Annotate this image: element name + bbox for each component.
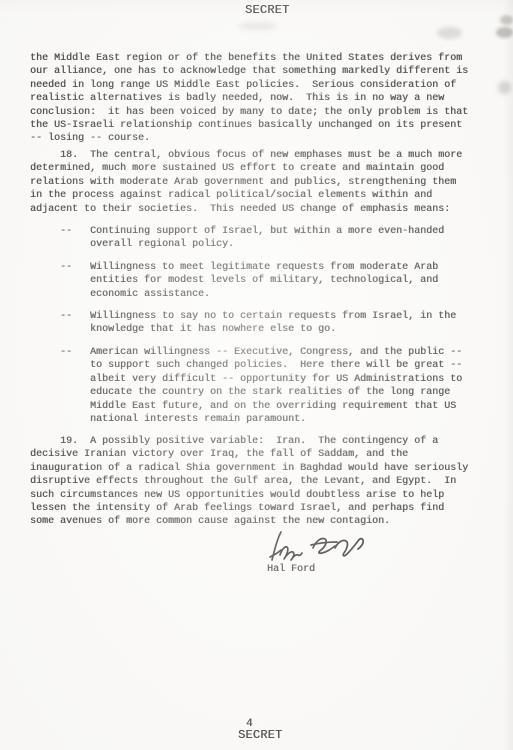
- scan-smudge: [239, 22, 277, 30]
- continuation-paragraph: the Middle East region or of the benefit…: [30, 52, 468, 146]
- handwritten-signature-icon: [258, 526, 370, 564]
- bullet-item-willingness-to-say-no: -- Willingness to say no to certain requ…: [30, 310, 456, 337]
- scan-smudge: [437, 27, 462, 39]
- paragraph-18: 18. The central, obvious focus of new em…: [30, 149, 462, 216]
- scan-smudge: [498, 81, 511, 94]
- scan-smudge: [496, 27, 513, 38]
- classification-header: SECRET: [245, 4, 289, 17]
- scanned-document-page: SECRET the Middle East region or of the …: [0, 0, 513, 750]
- signature-typed-name: Hal Ford: [267, 563, 315, 576]
- classification-footer: SECRET: [238, 729, 282, 742]
- bullet-item-american-willingness: -- American willingness -- Executive, Co…: [30, 346, 462, 426]
- paragraph-19: 19. A possibly positive variable: Iran. …: [30, 435, 468, 529]
- bullet-item-willingness-to-meet: -- Willingness to meet legitimate reques…: [30, 261, 438, 301]
- bullet-item-continuing-support: -- Continuing support of Israel, but wit…: [30, 225, 444, 252]
- scan-smudge: [500, 15, 513, 25]
